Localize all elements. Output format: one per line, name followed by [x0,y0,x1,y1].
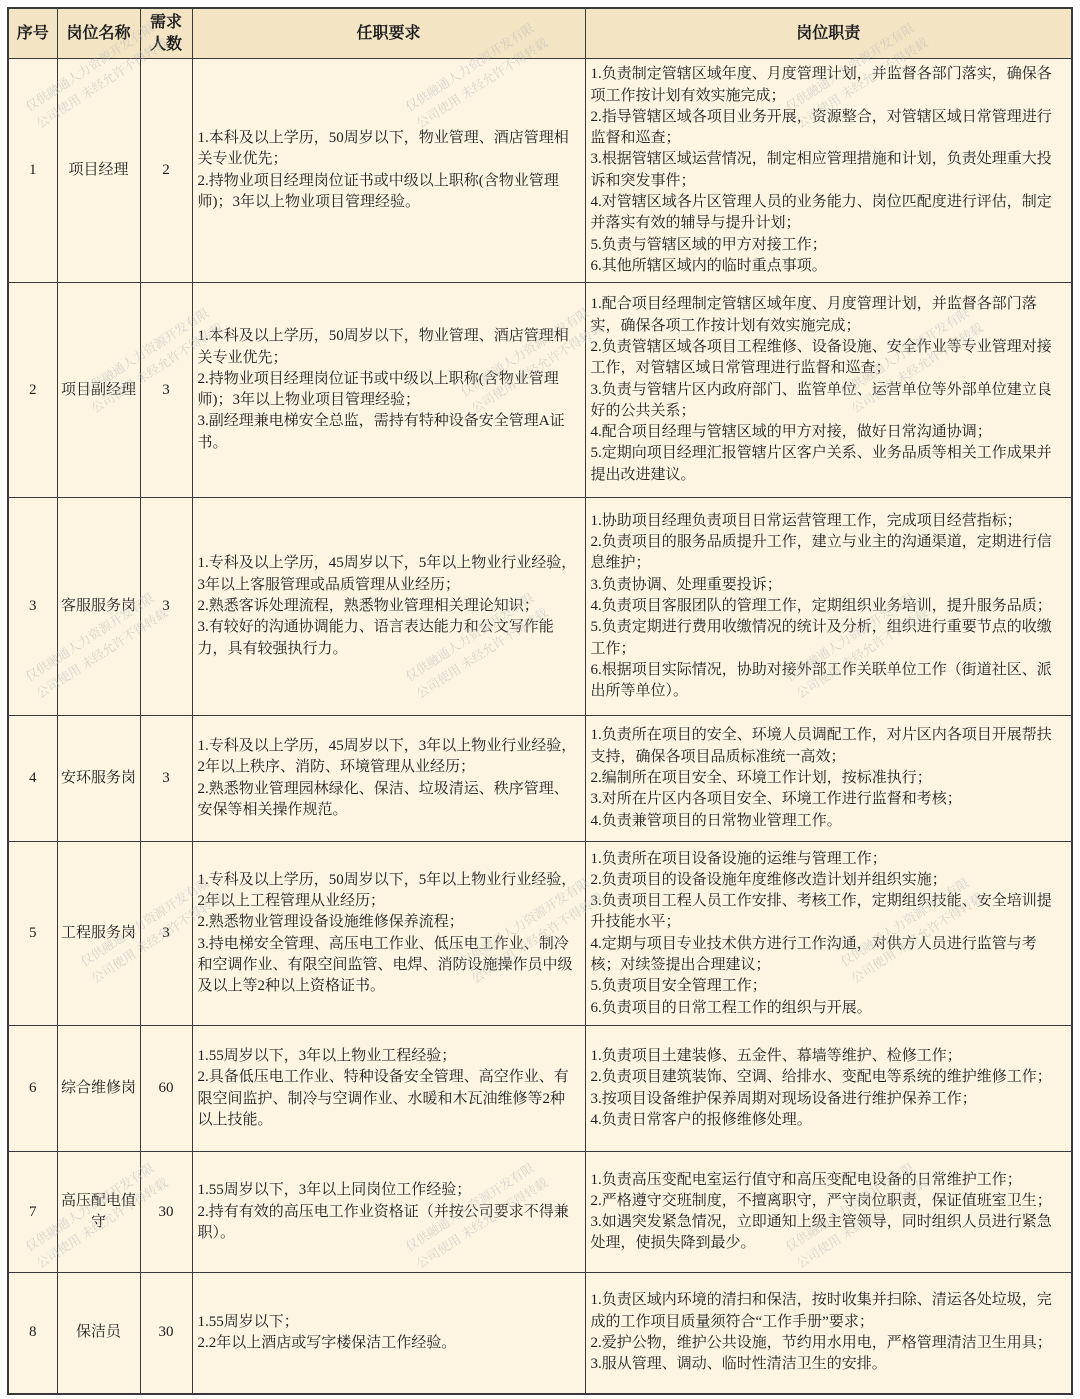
job-duties-cell: 1.负责区域内环境的清扫和保洁，按时收集并扫除、清运各处垃圾，完成的工作项目质量… [585,1273,1072,1394]
requirement-item: 2.持物业项目经理岗位证书或中级以上职称(含物业管理师)；3年以上物业项目管理经… [198,369,580,412]
requirement-item: 1.专科及以上学历，45周岁以下，3年以上物业行业经验，2年以上秩序、消防、环境… [198,736,580,779]
duty-item: 2.负责项目的设备设施年度维修改造计划并组织实施； [591,870,1067,891]
job-title-cell: 综合维修岗 [57,1026,140,1152]
requirement-item: 2.2年以上酒店或写字楼保洁工作经验。 [198,1333,580,1354]
table-row: 1项目经理21.本科及以上学历，50周岁以下，物业管理、酒店管理相关专业优先；2… [8,59,1072,283]
duty-item: 5.负责与管辖区域的甲方对接工作； [591,235,1067,256]
requirement-item: 3.持电梯安全管理、高压电工作业、低压电工作业、制冷和空调作业、有限空间监管、电… [198,934,580,998]
duty-item: 2.编制所在项目安全、环境工作计划，按标准执行； [591,768,1067,789]
requirement-item: 3.有较好的沟通协调能力、语言表达能力和公文写作能力，具有较强执行力。 [198,617,580,660]
header-position-name: 岗位名称 [57,8,140,59]
job-count-cell: 30 [140,1273,192,1394]
duty-item: 6.根据项目实际情况，协助对接外部工作关联单位工作（街道社区、派出所等单位）。 [591,660,1067,703]
job-requirements-cell: 1.专科及以上学历，50周岁以下，5年以上物业行业经验，2年以上工程管理从业经历… [192,842,585,1026]
requirement-item: 1.55周岁以下，3年以上同岗位工作经验； [198,1180,580,1201]
duty-item: 1.负责区域内环境的清扫和保洁，按时收集并扫除、清运各处垃圾，完成的工作项目质量… [591,1290,1067,1333]
requirement-item: 1.55周岁以下，3年以上物业工程经验； [198,1046,580,1067]
table-row: 6综合维修岗601.55周岁以下，3年以上物业工程经验；2.具备低压电工作业、特… [8,1026,1072,1152]
job-duties-cell: 1.负责项目土建装修、五金件、幕墙等维护、检修工作；2.负责项目建筑装饰、空调、… [585,1026,1072,1152]
job-title-cell: 工程服务岗 [57,842,140,1026]
duty-item: 1.负责所在项目的安全、环境人员调配工作，对片区内各项目开展帮扶支持，确保各项目… [591,725,1067,768]
job-count-cell: 3 [140,283,192,498]
duty-item: 2.指导管辖区域各项目业务开展，资源整合，对管辖区域日常管理进行监督和巡查； [591,107,1067,150]
duty-item: 3.服从管理、调动、临时性清洁卫生的安排。 [591,1354,1067,1375]
duty-item: 1.负责项目土建装修、五金件、幕墙等维护、检修工作； [591,1046,1067,1067]
requirement-item: 2.熟悉客诉处理流程，熟悉物业管理相关理论知识； [198,596,580,617]
job-serial-cell: 1 [8,59,57,283]
requirement-item: 2.持物业项目经理岗位证书或中级以上职称(含物业管理师)；3年以上物业项目管理经… [198,171,580,214]
duty-item: 1.负责所在项目设备设施的运维与管理工作； [591,849,1067,870]
job-title-cell: 高压配电值守 [57,1152,140,1273]
job-count-cell: 3 [140,716,192,842]
job-duties-cell: 1.协助项目经理负责项目日常运营管理工作，完成项目经营指标；2.负责项目的服务品… [585,498,1072,716]
job-title-cell: 项目经理 [57,59,140,283]
job-title-cell: 保洁员 [57,1273,140,1394]
requirement-item: 2.熟悉物业管理设备设施维修保养流程； [198,912,580,933]
job-serial-cell: 6 [8,1026,57,1152]
duty-item: 3.对所在片区内各项目安全、环境工作进行监督和考核； [591,789,1067,810]
duty-item: 3.负责与管辖片区内政府部门、监管单位、运营单位等外部单位建立良好的公共关系； [591,380,1067,423]
table-row: 8保洁员301.55周岁以下；2.2年以上酒店或写字楼保洁工作经验。1.负责区域… [8,1273,1072,1394]
job-serial-cell: 8 [8,1273,57,1394]
requirement-item: 1.55周岁以下； [198,1312,580,1333]
job-duties-cell: 1.负责所在项目设备设施的运维与管理工作；2.负责项目的设备设施年度维修改造计划… [585,842,1072,1026]
table-row: 3客服服务岗31.专科及以上学历，45周岁以下，5年以上物业行业经验，3年以上客… [8,498,1072,716]
job-postings-table: 序号 岗位名称 需求人数 任职要求 岗位职责 1项目经理21.本科及以上学历，5… [7,7,1073,1395]
job-count-cell: 60 [140,1026,192,1152]
table-row: 4安环服务岗31.专科及以上学历，45周岁以下，3年以上物业行业经验，2年以上秩… [8,716,1072,842]
job-title-cell: 安环服务岗 [57,716,140,842]
job-requirements-cell: 1.本科及以上学历，50周岁以下，物业管理、酒店管理相关专业优先；2.持物业项目… [192,59,585,283]
duty-item: 2.负责项目的服务品质提升工作，建立与业主的沟通渠道，定期进行信息维护； [591,532,1067,575]
duty-item: 5.负责定期进行费用收缴情况的统计及分析，组织进行重要节点的收缴工作； [591,617,1067,660]
requirement-item: 1.专科及以上学历，45周岁以下，5年以上物业行业经验，3年以上客服管理或品质管… [198,553,580,596]
duty-item: 6.负责项目的日常工程工作的组织与开展。 [591,998,1067,1019]
duty-item: 2.爱护公物，维护公共设施，节约用水用电，严格管理清洁卫生用具； [591,1333,1067,1354]
duty-item: 4.负责项目客服团队的管理工作，定期组织业务培训，提升服务品质； [591,596,1067,617]
job-serial-cell: 5 [8,842,57,1026]
duty-item: 2.严格遵守交班制度，不擅离职守，严守岗位职责，保证值班室卫生； [591,1191,1067,1212]
duty-item: 5.负责项目安全管理工作； [591,976,1067,997]
duty-item: 3.如遇突发紧急情况，立即通知上级主管领导，同时组织人员进行紧急处理，使损失降到… [591,1212,1067,1255]
duty-item: 4.配合项目经理与管辖区域的甲方对接，做好日常沟通协调； [591,422,1067,443]
duty-item: 3.按项目设备维护保养周期对现场设备进行维护保养工作； [591,1089,1067,1110]
duty-item: 5.定期向项目经理汇报管辖片区客户关系、业务品质等相关工作成果并提出改进建议。 [591,443,1067,486]
job-count-cell: 2 [140,59,192,283]
requirement-item: 1.本科及以上学历，50周岁以下，物业管理、酒店管理相关专业优先； [198,128,580,171]
duty-item: 6.其他所辖区域内的临时重点事项。 [591,256,1067,277]
job-serial-cell: 4 [8,716,57,842]
job-requirements-cell: 1.本科及以上学历，50周岁以下，物业管理、酒店管理相关专业优先；2.持物业项目… [192,283,585,498]
job-duties-cell: 1.负责高压变配电室运行值守和高压变配电设备的日常维护工作；2.严格遵守交班制度… [585,1152,1072,1273]
duty-item: 2.负责管辖区域各项目工程维修、设备设施、安全作业等专业管理对接工作，对管辖区域… [591,337,1067,380]
duty-item: 4.负责兼管项目的日常物业管理工作。 [591,811,1067,832]
table-row: 7高压配电值守301.55周岁以下，3年以上同岗位工作经验；2.持有有效的高压电… [8,1152,1072,1273]
duty-item: 1.协助项目经理负责项目日常运营管理工作，完成项目经营指标； [591,511,1067,532]
job-requirements-cell: 1.专科及以上学历，45周岁以下，5年以上物业行业经验，3年以上客服管理或品质管… [192,498,585,716]
requirement-item: 1.专科及以上学历，50周岁以下，5年以上物业行业经验，2年以上工程管理从业经历… [198,870,580,913]
duty-item: 4.负责日常客户的报修维修处理。 [591,1110,1067,1131]
header-requirements: 任职要求 [192,8,585,59]
table-row: 5工程服务岗31.专科及以上学历，50周岁以下，5年以上物业行业经验，2年以上工… [8,842,1072,1026]
requirement-item: 1.本科及以上学历，50周岁以下，物业管理、酒店管理相关专业优先； [198,326,580,369]
job-duties-cell: 1.负责所在项目的安全、环境人员调配工作，对片区内各项目开展帮扶支持，确保各项目… [585,716,1072,842]
job-duties-cell: 1.配合项目经理制定管辖区域年度、月度管理计划，并监督各部门落实，确保各项工作按… [585,283,1072,498]
table-row: 2项目副经理31.本科及以上学历，50周岁以下，物业管理、酒店管理相关专业优先；… [8,283,1072,498]
job-duties-cell: 1.负责制定管辖区域年度、月度管理计划，并监督各部门落实，确保各项工作按计划有效… [585,59,1072,283]
duty-item: 1.负责高压变配电室运行值守和高压变配电设备的日常维护工作； [591,1170,1067,1191]
requirement-item: 2.熟悉物业管理园林绿化、保洁、垃圾清运、秩序管理、安保等相关操作规范。 [198,779,580,822]
requirement-item: 3.副经理兼电梯安全总监，需持有特种设备安全管理A证书。 [198,411,580,454]
job-count-cell: 30 [140,1152,192,1273]
duty-item: 4.定期与项目专业技术供方进行工作沟通，对供方人员进行监管与考核；对续签提出合理… [591,934,1067,977]
header-serial-number: 序号 [8,8,57,59]
job-count-cell: 3 [140,842,192,1026]
duty-item: 1.负责制定管辖区域年度、月度管理计划，并监督各部门落实，确保各项工作按计划有效… [591,64,1067,107]
header-headcount: 需求人数 [140,8,192,59]
duty-item: 3.根据管辖区域运营情况，制定相应管理措施和计划，负责处理重大投诉和突发事件； [591,149,1067,192]
header-duties: 岗位职责 [585,8,1072,59]
job-requirements-cell: 1.55周岁以下，3年以上物业工程经验；2.具备低压电工作业、特种设备安全管理、… [192,1026,585,1152]
requirement-item: 2.持有有效的高压电工作业资格证（并按公司要求不得兼职）。 [198,1202,580,1245]
job-requirements-cell: 1.专科及以上学历，45周岁以下，3年以上物业行业经验，2年以上秩序、消防、环境… [192,716,585,842]
duty-item: 1.配合项目经理制定管辖区域年度、月度管理计划，并监督各部门落实，确保各项工作按… [591,294,1067,337]
job-serial-cell: 7 [8,1152,57,1273]
duty-item: 2.负责项目建筑装饰、空调、给排水、变配电等系统的维护维修工作； [591,1067,1067,1088]
job-serial-cell: 2 [8,283,57,498]
job-serial-cell: 3 [8,498,57,716]
job-requirements-cell: 1.55周岁以下；2.2年以上酒店或写字楼保洁工作经验。 [192,1273,585,1394]
job-title-cell: 项目副经理 [57,283,140,498]
job-count-cell: 3 [140,498,192,716]
job-requirements-cell: 1.55周岁以下，3年以上同岗位工作经验；2.持有有效的高压电工作业资格证（并按… [192,1152,585,1273]
duty-item: 4.对管辖区域各片区管理人员的业务能力、岗位匹配度进行评估，制定并落实有效的辅导… [591,192,1067,235]
duty-item: 3.负责协调、处理重要投诉； [591,575,1067,596]
requirement-item: 2.具备低压电工作业、特种设备安全管理、高空作业、有限空间监护、制冷与空调作业、… [198,1067,580,1131]
job-title-cell: 客服服务岗 [57,498,140,716]
duty-item: 3.负责项目工程人员工作安排、考核工作，定期组织技能、安全培训提升技能水平； [591,891,1067,934]
table-header-row: 序号 岗位名称 需求人数 任职要求 岗位职责 [8,8,1072,59]
